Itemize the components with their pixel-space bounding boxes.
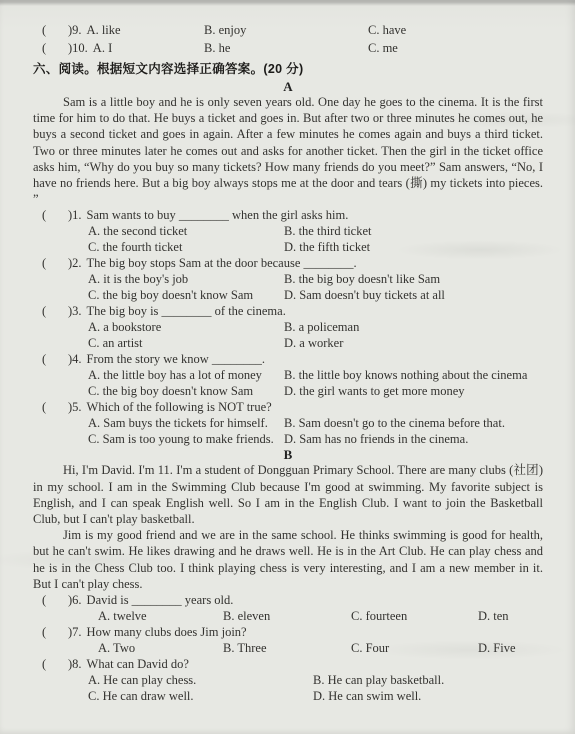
option-c: C. fourteen xyxy=(351,608,478,624)
passage-a-label: A xyxy=(33,79,543,94)
stem-text: Sam wants to buy ________ when the girl … xyxy=(87,208,349,222)
option-b: B. the little boy knows nothing about th… xyxy=(284,367,543,383)
answer-bracket: ( xyxy=(42,39,68,57)
question-3-stem: ()3.The big boy is ________ of the cinem… xyxy=(33,303,543,319)
stem-text: David is ________ years old. xyxy=(87,593,234,607)
stem-text: The big boy is ________ of the cinema. xyxy=(87,304,286,318)
answer-bracket: ( xyxy=(42,592,68,608)
option-a: A. He can play chess. xyxy=(88,672,313,688)
option-b: B. Sam doesn't go to the cinema before t… xyxy=(284,415,543,431)
cloze-10-col-a: ()10.A. I xyxy=(42,39,204,57)
passage-b-paragraph-2: Jim is my good friend and we are in the … xyxy=(33,527,543,592)
question-4-options-row-1: A. the little boy has a lot of money B. … xyxy=(33,367,543,383)
question-3-options-row-2: C. an artist D. a worker xyxy=(33,335,543,351)
option-d: D. ten xyxy=(478,608,543,624)
passage-b-label: B xyxy=(33,447,543,462)
option-b: B. Three xyxy=(223,640,351,656)
question-number: )6. xyxy=(68,593,82,607)
question-5-stem: ()5.Which of the following is NOT true? xyxy=(33,399,543,415)
option-a: A. like xyxy=(87,23,121,37)
answer-bracket: ( xyxy=(42,656,68,672)
answer-bracket: ( xyxy=(42,255,68,271)
option-a: A. the second ticket xyxy=(88,223,284,239)
answer-bracket: ( xyxy=(42,399,68,415)
option-d: D. the fifth ticket xyxy=(284,239,543,255)
option-b: B. enjoy xyxy=(204,21,368,39)
stem-text: Which of the following is NOT true? xyxy=(87,400,272,414)
section-header: 六、阅读。根据短文内容选择正确答案。(20 分) xyxy=(33,59,543,79)
question-1-options-row-2: C. the fourth ticket D. the fifth ticket xyxy=(33,239,543,255)
option-b: B. the third ticket xyxy=(284,223,543,239)
option-a: A. it is the boy's job xyxy=(88,271,284,287)
option-a: A. the little boy has a lot of money xyxy=(88,367,284,383)
question-3-options-row-1: A. a bookstore B. a policeman xyxy=(33,319,543,335)
option-a: A. twelve xyxy=(98,608,223,624)
question-number: )8. xyxy=(68,657,82,671)
question-1-options-row-1: A. the second ticket B. the third ticket xyxy=(33,223,543,239)
option-c: C. He can draw well. xyxy=(88,688,313,704)
answer-bracket: ( xyxy=(42,207,68,223)
option-d: D. a worker xyxy=(284,335,543,351)
question-number: )3. xyxy=(68,304,82,318)
answer-bracket: ( xyxy=(42,351,68,367)
option-b: B. eleven xyxy=(223,608,351,624)
question-2-stem: ()2.The big boy stops Sam at the door be… xyxy=(33,255,543,271)
option-c: C. me xyxy=(368,39,543,57)
option-c: C. an artist xyxy=(88,335,284,351)
question-2-options-row-1: A. it is the boy's job B. the big boy do… xyxy=(33,271,543,287)
passage-b-paragraph-1: Hi, I'm David. I'm 11. I'm a student of … xyxy=(33,462,543,527)
question-number: )1. xyxy=(68,208,82,222)
question-number: )7. xyxy=(68,625,82,639)
question-number: )9. xyxy=(68,23,82,37)
exam-page: ()9.A. like B. enjoy C. have ()10.A. I B… xyxy=(0,0,575,734)
option-a: A. Two xyxy=(98,640,223,656)
question-number: )10. xyxy=(68,41,88,55)
option-c: C. have xyxy=(368,21,543,39)
answer-bracket: ( xyxy=(42,21,68,39)
question-6-options-row: A. twelve B. eleven C. fourteen D. ten xyxy=(33,608,543,624)
option-b: B. a policeman xyxy=(284,319,543,335)
stem-text: How many clubs does Jim join? xyxy=(87,625,247,639)
option-c: C. the fourth ticket xyxy=(88,239,284,255)
option-b: B. the big boy doesn't like Sam xyxy=(284,271,543,287)
question-7-stem: ()7.How many clubs does Jim join? xyxy=(33,624,543,640)
question-number: )5. xyxy=(68,400,82,414)
question-1-stem: ()1.Sam wants to buy ________ when the g… xyxy=(33,207,543,223)
question-number: )4. xyxy=(68,352,82,366)
option-d: D. Sam doesn't buy tickets at all xyxy=(284,287,543,303)
option-d: D. the girl wants to get more money xyxy=(284,383,543,399)
option-c: C. the big boy doesn't know Sam xyxy=(88,383,284,399)
option-c: C. Four xyxy=(351,640,478,656)
answer-bracket: ( xyxy=(42,624,68,640)
option-d: D. Five xyxy=(478,640,543,656)
answer-bracket: ( xyxy=(42,303,68,319)
question-4-stem: ()4.From the story we know ________. xyxy=(33,351,543,367)
passage-a-text: Sam is a little boy and he is only seven… xyxy=(33,94,543,207)
option-d: D. Sam has no friends in the cinema. xyxy=(284,431,543,447)
option-c: C. the big boy doesn't know Sam xyxy=(88,287,284,303)
option-c: C. Sam is too young to make friends. xyxy=(88,431,284,447)
option-a: A. a bookstore xyxy=(88,319,284,335)
question-4-options-row-2: C. the big boy doesn't know Sam D. the g… xyxy=(33,383,543,399)
question-5-options-row-2: C. Sam is too young to make friends. D. … xyxy=(33,431,543,447)
option-b: B. he xyxy=(204,39,368,57)
option-d: D. He can swim well. xyxy=(313,688,543,704)
question-5-options-row-1: A. Sam buys the tickets for himself. B. … xyxy=(33,415,543,431)
question-2-options-row-2: C. the big boy doesn't know Sam D. Sam d… xyxy=(33,287,543,303)
stem-text: The big boy stops Sam at the door becaus… xyxy=(87,256,357,270)
question-number: )2. xyxy=(68,256,82,270)
question-8-options-row-2: C. He can draw well. D. He can swim well… xyxy=(33,688,543,704)
option-a: A. I xyxy=(93,41,112,55)
stem-text: What can David do? xyxy=(87,657,189,671)
question-6-stem: ()6.David is ________ years old. xyxy=(33,592,543,608)
question-7-options-row: A. Two B. Three C. Four D. Five xyxy=(33,640,543,656)
stem-text: From the story we know ________. xyxy=(87,352,265,366)
question-8-stem: ()8.What can David do? xyxy=(33,656,543,672)
option-a: A. Sam buys the tickets for himself. xyxy=(88,415,284,431)
option-b: B. He can play basketball. xyxy=(313,672,543,688)
cloze-9-col-a: ()9.A. like xyxy=(42,21,204,39)
cloze-question-10: ()10.A. I B. he C. me xyxy=(33,39,543,57)
cloze-question-9: ()9.A. like B. enjoy C. have xyxy=(33,21,543,39)
question-8-options-row-1: A. He can play chess. B. He can play bas… xyxy=(33,672,543,688)
